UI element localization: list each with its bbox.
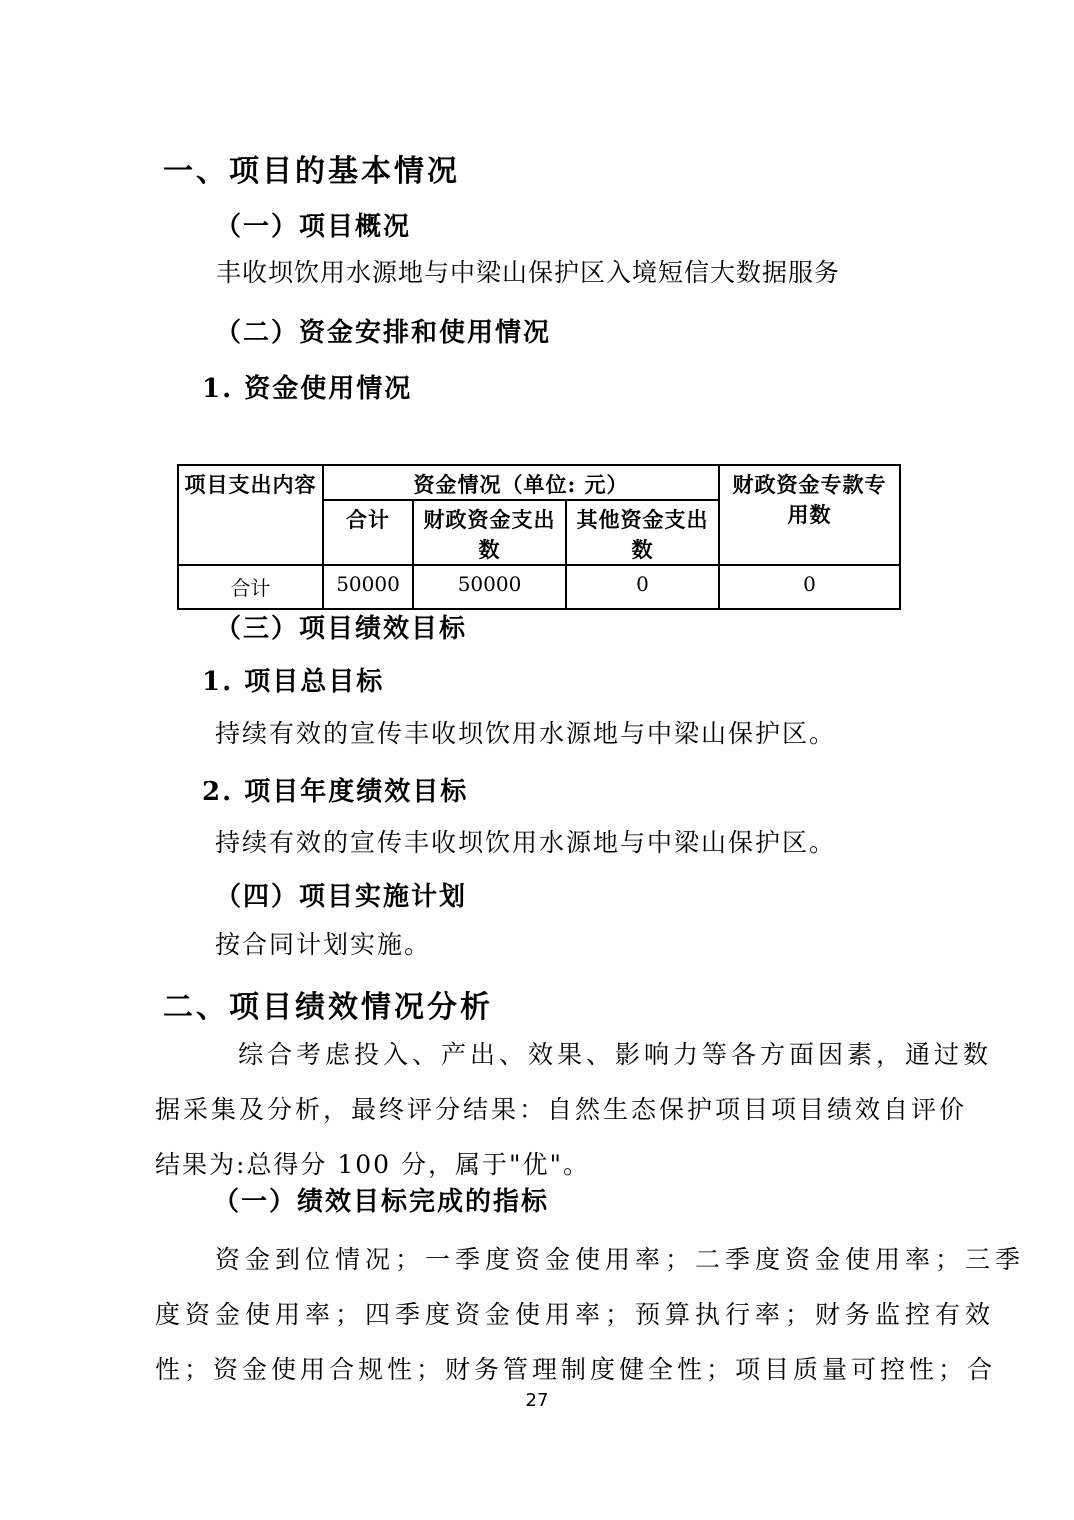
table-cell-other: 0 bbox=[566, 565, 719, 609]
section2-para-line1: 综合考虑投入、产出、效果、影响力等各方面因素，通过数 bbox=[238, 1035, 992, 1071]
sub1-1-title: （一）项目概况 bbox=[215, 206, 411, 243]
section1-title: 一、项目的基本情况 bbox=[163, 146, 460, 190]
table-header-fiscal: 财政资金支出数 bbox=[413, 500, 566, 565]
sub1-3-item2-title: 2. 项目年度绩效目标 bbox=[202, 771, 468, 808]
table-header-total: 合计 bbox=[323, 500, 413, 565]
sub1-3-item1-title: 1. 项目总目标 bbox=[202, 661, 384, 698]
table-header-expense: 项目支出内容 bbox=[178, 465, 323, 565]
sub1-4-body: 按合同计划实施。 bbox=[215, 925, 431, 961]
page-number: 27 bbox=[0, 1390, 1074, 1411]
section2-para-line2: 据采集及分析，最终评分结果：自然生态保护项目项目绩效自评价 bbox=[155, 1090, 967, 1126]
section2-para-line3: 结果为:总得分 100 分，属于"优"。 bbox=[155, 1145, 590, 1181]
funds-table: 项目支出内容 资金情况（单位: 元） 财政资金专款专用数 合计 财政资金支出数 … bbox=[177, 464, 901, 610]
table-cell-special: 0 bbox=[719, 565, 900, 609]
sub1-4-title: （四）项目实施计划 bbox=[215, 876, 467, 913]
sub2-1-para-line1: 资金到位情况；一季度资金使用率；二季度资金使用率；三季 bbox=[215, 1240, 1025, 1276]
section2-title: 二、项目绩效情况分析 bbox=[163, 982, 493, 1026]
sub1-3-title: （三）项目绩效目标 bbox=[215, 608, 467, 645]
document-page: 一、项目的基本情况 （一）项目概况 丰收坝饮用水源地与中梁山保护区入境短信大数据… bbox=[0, 0, 1074, 1520]
table-row: 合计 50000 50000 0 0 bbox=[178, 565, 900, 609]
table-header-other: 其他资金支出数 bbox=[566, 500, 719, 565]
sub1-2-item1-title: 1. 资金使用情况 bbox=[202, 368, 412, 405]
sub2-1-para-line2: 度资金使用率；四季度资金使用率；预算执行率；财务监控有效 bbox=[155, 1295, 995, 1331]
table-header-row1: 项目支出内容 资金情况（单位: 元） 财政资金专款专用数 bbox=[178, 465, 900, 500]
sub1-1-body: 丰收坝饮用水源地与中梁山保护区入境短信大数据服务 bbox=[216, 253, 840, 289]
table-header-special: 财政资金专款专用数 bbox=[719, 465, 900, 565]
sub1-3-item2-body: 持续有效的宣传丰收坝饮用水源地与中梁山保护区。 bbox=[215, 823, 836, 859]
sub1-3-item1-body: 持续有效的宣传丰收坝饮用水源地与中梁山保护区。 bbox=[215, 714, 836, 750]
table-cell-total: 50000 bbox=[323, 565, 413, 609]
table-cell-label: 合计 bbox=[178, 565, 323, 609]
sub2-1-title: （一）绩效目标完成的指标 bbox=[213, 1181, 549, 1218]
sub1-2-title: （二）资金安排和使用情况 bbox=[215, 312, 551, 349]
sub2-1-para-line3: 性；资金使用合规性；财务管理制度健全性；项目质量可控性；合 bbox=[155, 1350, 996, 1386]
table-header-funds-group: 资金情况（单位: 元） bbox=[323, 465, 719, 500]
table-cell-fiscal: 50000 bbox=[413, 565, 566, 609]
